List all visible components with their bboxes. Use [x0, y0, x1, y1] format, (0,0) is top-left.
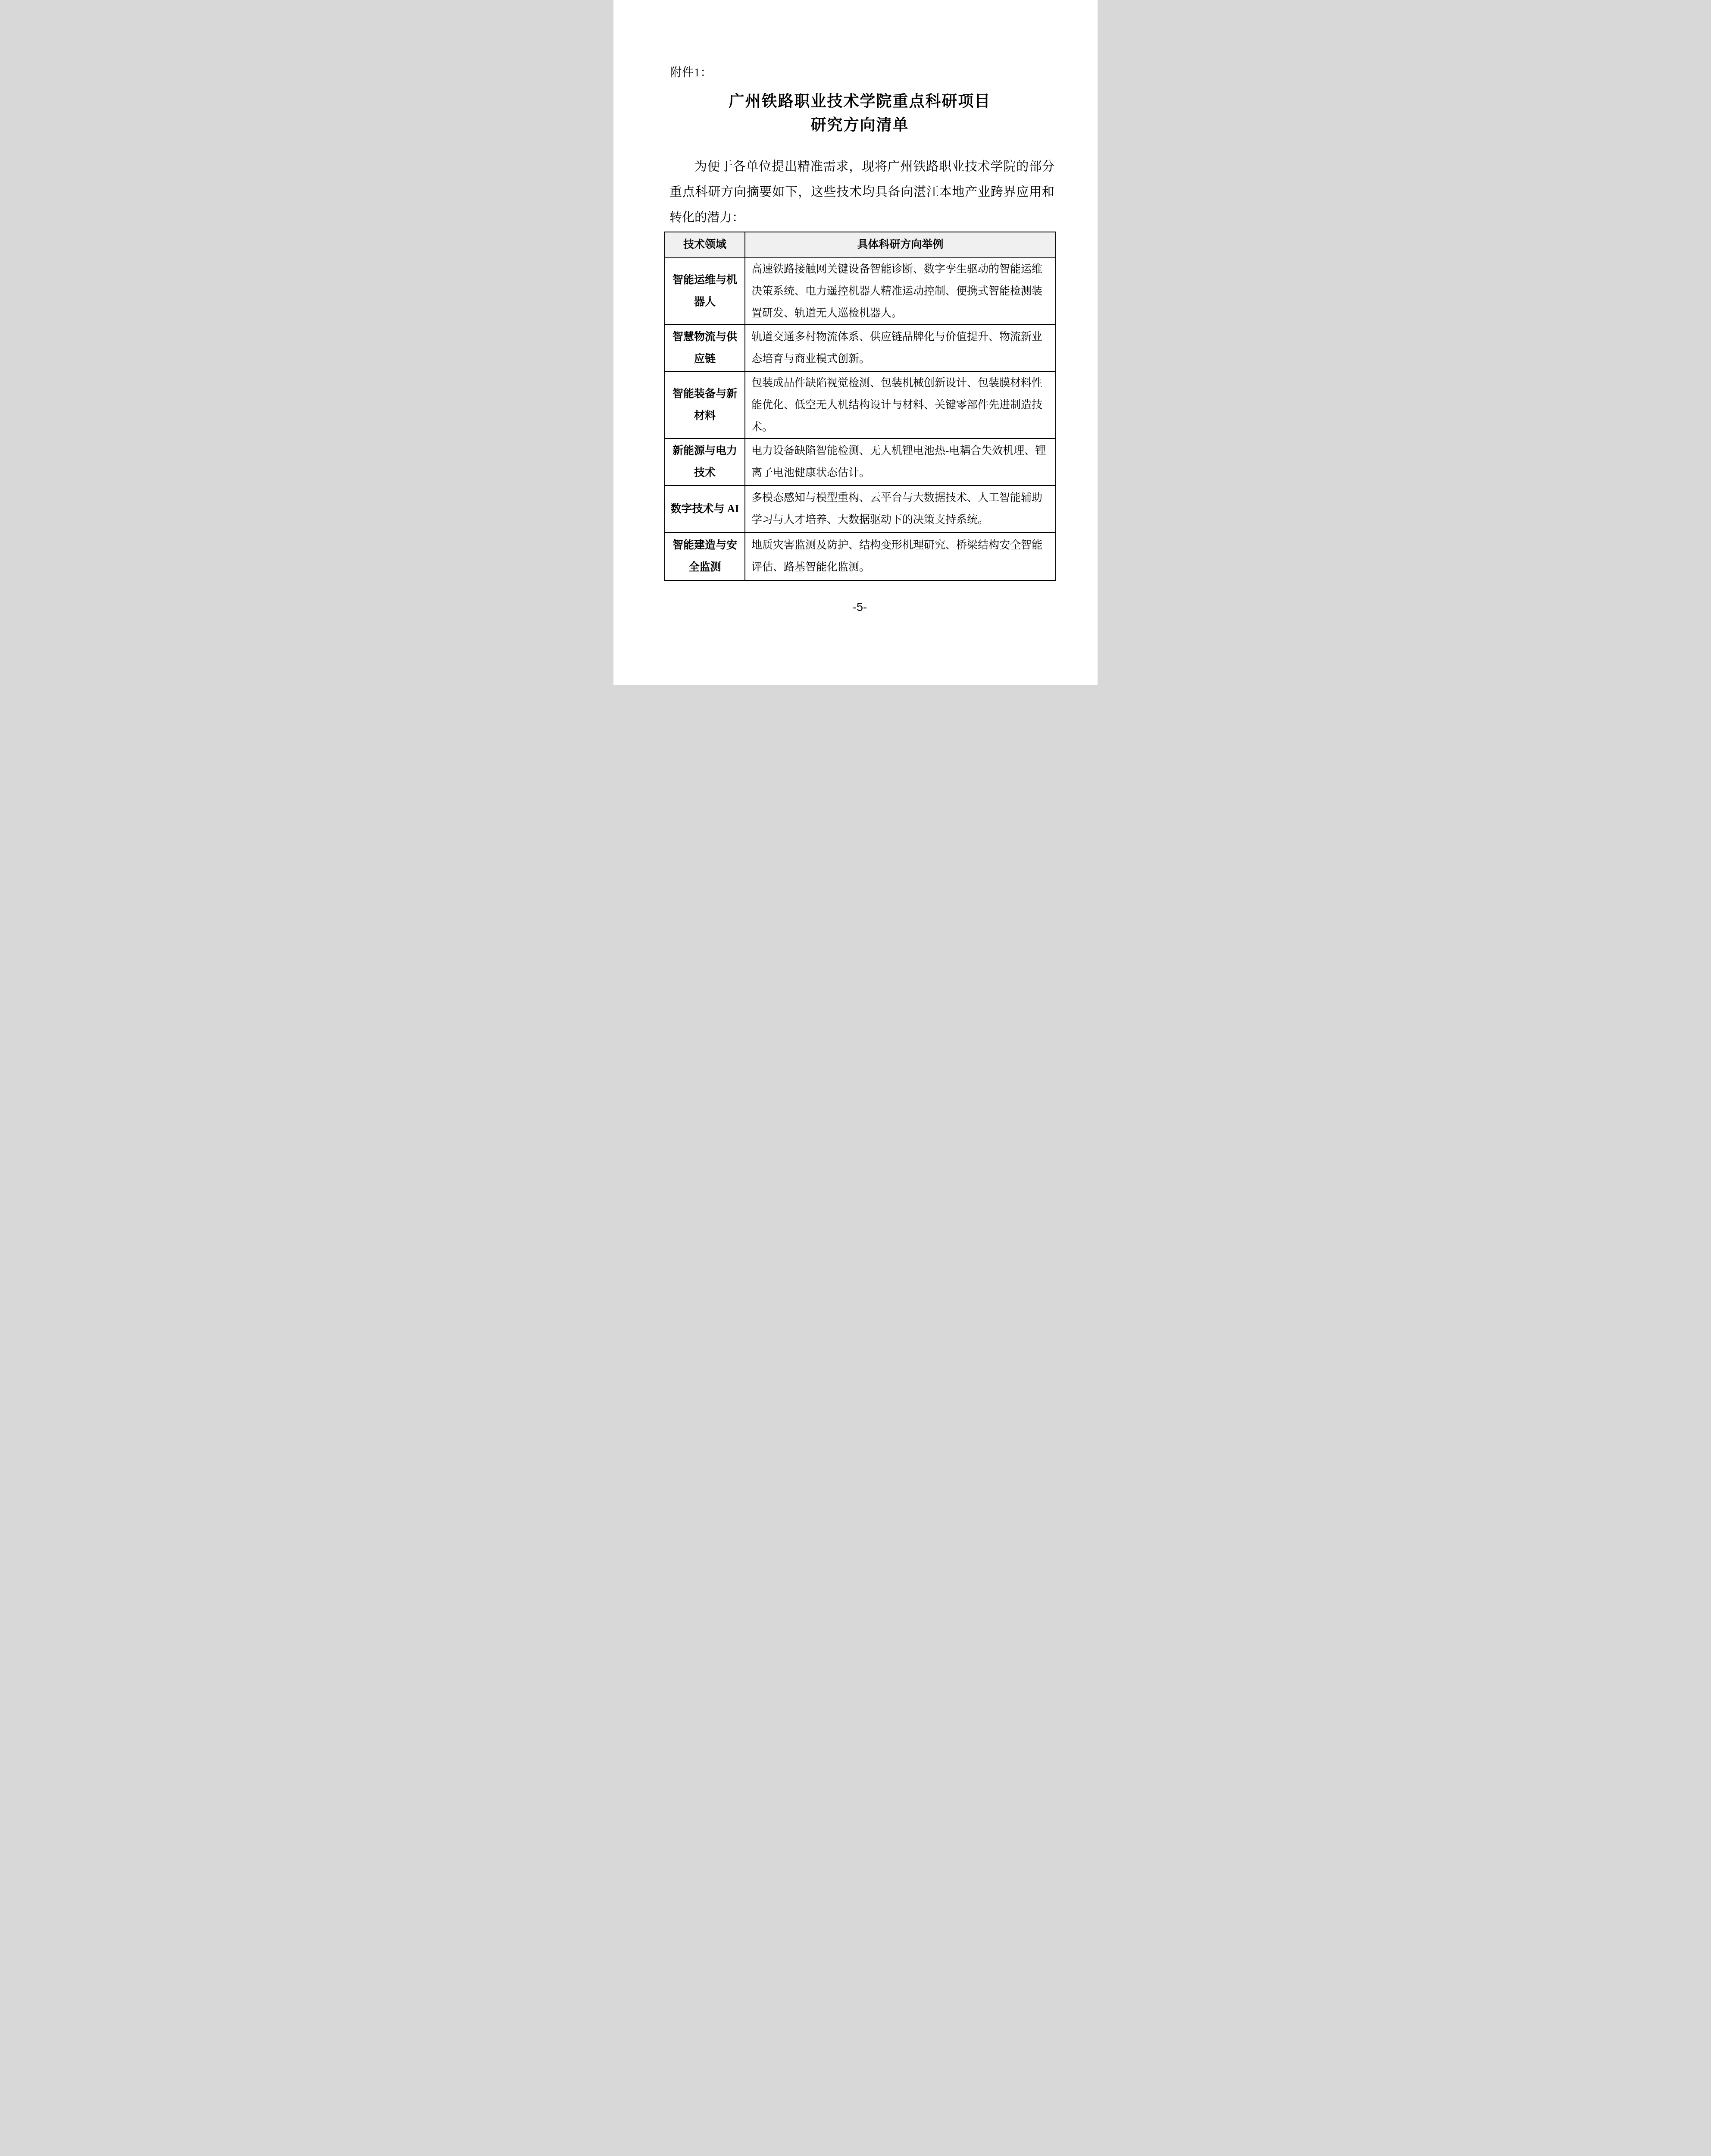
table-row: 智能运维与机 器人 高速铁路接触网关键设备智能诊断、数字孪生驱动的智能运维决策系… [665, 258, 1056, 325]
table-row: 智能建造与安 全监测 地质灾害监测及防护、结构变形机理研究、桥梁结构安全智能评估… [665, 533, 1056, 580]
table-row: 数字技术与 AI 多模态感知与模型重构、云平台与大数据技术、人工智能辅助学习与人… [665, 486, 1056, 533]
examples-cell: 地质灾害监测及防护、结构变形机理研究、桥梁结构安全智能评估、路基智能化监测。 [745, 533, 1056, 580]
examples-cell: 包装成品件缺陷视觉检测、包装机械创新设计、包装膜材料性能优化、低空无人机结构设计… [745, 372, 1056, 439]
examples-cell: 电力设备缺陷智能检测、无人机锂电池热-电耦合失效机理、锂离子电池健康状态估计。 [745, 439, 1056, 486]
document-title-line2: 研究方向清单 [664, 113, 1055, 137]
field-cell: 智能装备与新 材料 [665, 372, 745, 439]
column-header-examples: 具体科研方向举例 [745, 232, 1056, 258]
field-cell: 新能源与电力 技术 [665, 439, 745, 486]
examples-cell: 轨道交通多村物流体系、供应链品牌化与价值提升、物流新业态培育与商业模式创新。 [745, 325, 1056, 372]
document-title: 广州铁路职业技术学院重点科研项目 研究方向清单 [664, 90, 1055, 137]
table-row: 新能源与电力 技术 电力设备缺陷智能检测、无人机锂电池热-电耦合失效机理、锂离子… [665, 439, 1056, 486]
table-row: 智慧物流与供 应链 轨道交通多村物流体系、供应链品牌化与价值提升、物流新业态培育… [665, 325, 1056, 372]
field-cell: 智能建造与安 全监测 [665, 533, 745, 580]
table-row: 智能装备与新 材料 包装成品件缺陷视觉检测、包装机械创新设计、包装膜材料性能优化… [665, 372, 1056, 439]
column-header-field: 技术领域 [665, 232, 745, 258]
examples-cell: 高速铁路接触网关键设备智能诊断、数字孪生驱动的智能运维决策系统、电力遥控机器人精… [745, 258, 1056, 325]
research-directions-table: 技术领域 具体科研方向举例 智能运维与机 器人 高速铁路接触网关键设备智能诊断、… [664, 232, 1056, 581]
attachment-label: 附件1： [670, 65, 1055, 81]
document-content: 附件1： 广州铁路职业技术学院重点科研项目 研究方向清单 为便于各单位提出精准需… [664, 0, 1055, 614]
field-cell: 智慧物流与供 应链 [665, 325, 745, 372]
document-title-line1: 广州铁路职业技术学院重点科研项目 [664, 90, 1055, 113]
intro-paragraph: 为便于各单位提出精准需求，现将广州铁路职业技术学院的部分重点科研方向摘要如下，这… [669, 154, 1054, 231]
table-header-row: 技术领域 具体科研方向举例 [665, 232, 1056, 258]
page-number: -5- [664, 601, 1055, 614]
field-cell: 数字技术与 AI [665, 486, 745, 533]
field-cell: 智能运维与机 器人 [665, 258, 745, 325]
document-page: 附件1： 广州铁路职业技术学院重点科研项目 研究方向清单 为便于各单位提出精准需… [613, 0, 1098, 685]
examples-cell: 多模态感知与模型重构、云平台与大数据技术、人工智能辅助学习与人才培养、大数据驱动… [745, 486, 1056, 533]
